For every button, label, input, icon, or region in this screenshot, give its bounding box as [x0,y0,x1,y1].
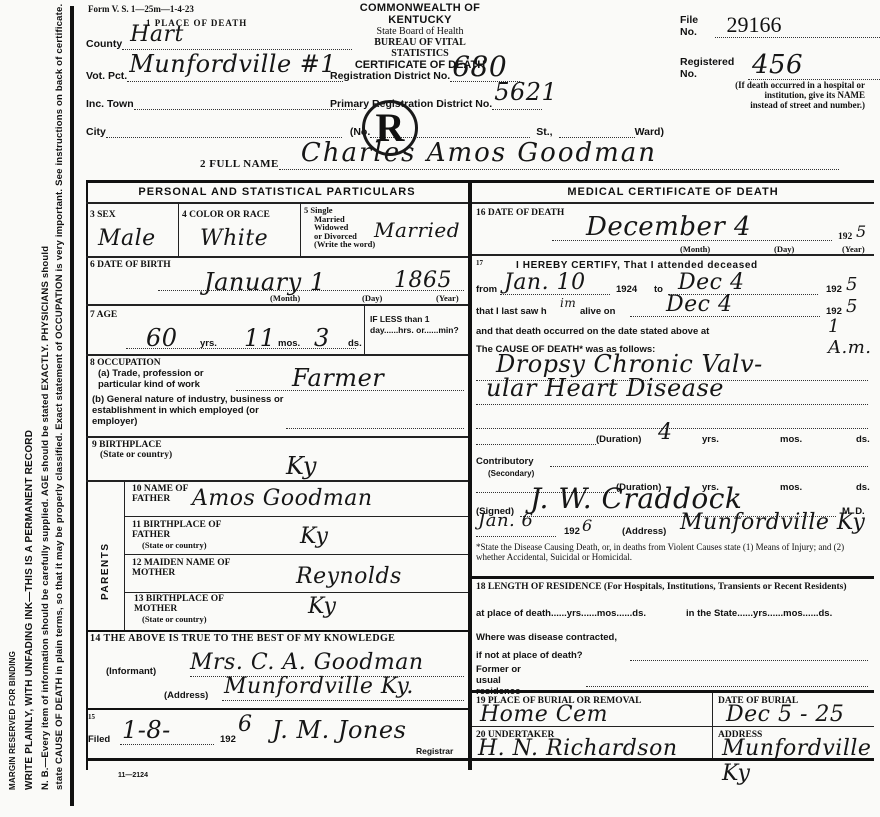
file-no-field: File No. 29166 [680,14,880,38]
in-state-label: in the State......yrs......mos......ds. [686,608,866,619]
personal-section-title: PERSONAL AND STATISTICAL PARTICULARS [86,186,468,198]
death-certificate: MARGIN RESERVED FOR BINDING WRITE PLAINL… [0,0,880,817]
death-time-text: and that death occurred on the date stat… [476,326,709,337]
age-months: 11 [244,324,276,352]
contributory-label: Contributory [476,456,534,467]
registration-stamp: R [362,100,418,156]
signed-year-prefix: 192 [564,526,580,537]
dod-year-suffix: 5 [856,222,867,241]
signed-year-suffix: 6 [582,516,593,535]
file-no-label: File No. [680,14,715,38]
physician-address-label: (Address) [622,526,666,537]
county-label: County [86,38,122,50]
dob-year-label: (Year) [436,293,459,303]
primary-district-value: 5621 [494,78,557,106]
registrar-label: Registrar [416,746,453,757]
undertaker-address-value: Munfordville Ky [722,736,872,786]
contributory-mos-label: mos. [780,482,802,493]
from-year: 1924 [616,284,637,295]
last-saw-suffix: alive on [580,306,615,317]
last-saw-year-suffix: 5 [846,296,858,317]
filed-year-prefix: 192 [220,734,236,745]
burial-date-value: Dec 5 - 25 [726,702,844,727]
residence-label: 18 LENGTH OF RESIDENCE (For Hospitals, I… [476,582,868,592]
age-days: 3 [314,324,330,352]
certify-item-number: 17 [476,258,483,268]
registered-no-value: 456 [752,50,803,80]
from-label: from [476,284,497,295]
secondary-label: (Secondary) [488,468,534,479]
occupation-b-label: (b) General nature of industry, business… [92,394,302,427]
filed-year-suffix: 6 [238,712,253,737]
informant-address-label: (Address) [164,690,208,701]
father-name-value: Amos Goodman [192,486,373,511]
vot-pct-value: Munfordville #1 [129,50,336,78]
dob-day-label: (Day) [362,293,382,303]
occupation-a-label: (a) Trade, profession or particular kind… [98,368,238,390]
ward-label: Ward) [635,126,664,138]
physician-address: Munfordville Ky [680,510,865,535]
attended-from: Jan. 10 [504,270,586,295]
mother-birthplace-value: Ky [308,594,336,619]
margin-instructions: MARGIN RESERVED FOR BINDING WRITE PLAINL… [4,0,66,817]
informant-value: Mrs. C. A. Goodman [190,650,424,675]
vot-pct-field: Vot. Pct. Munfordville #1 [86,68,343,82]
mother-birthplace-label: 13 BIRTHPLACE OF MOTHER [134,594,234,614]
date-of-death-label: 16 DATE OF DEATH [476,208,564,218]
registration-district-field: Registration District No. 680 [330,68,520,82]
form-code: 11—2124 [118,772,148,779]
dod-month-label: (Month) [680,244,710,254]
to-year-suffix: 5 [846,274,858,295]
binding-rule [70,6,74,806]
sex-label: 3 SEX [90,210,116,220]
county-value: Hart [130,22,184,47]
dob-year: 1865 [394,268,452,293]
occupation-label: 8 OCCUPATION [90,358,161,368]
certificate-grid: PERSONAL AND STATISTICAL PARTICULARS 3 S… [86,180,874,770]
last-saw-date: Dec 4 [666,292,732,317]
birthplace-value: Ky [286,452,317,480]
informant-address-value: Munfordville Ky. [224,674,414,699]
sex-value: Male [98,226,156,251]
filed-label: Filed [88,734,110,745]
birthplace-sub-label: (State or country) [100,450,172,460]
inc-town-field: Inc. Town [86,96,356,110]
street-label: St., [536,126,552,138]
cause-line-2: ular Heart Disease [486,374,724,402]
age-ds-label: ds. [348,338,362,349]
not-place-label: if not at place of death? [476,650,583,661]
race-value: White [200,226,268,251]
board-of-health: State Board of Health [345,26,495,37]
hospital-note: (If death occurred in a hospital or inst… [735,80,865,110]
dod-year-prefix: 192 [838,232,852,242]
margin-nb-line2: state CAUSE OF DEATH in plain terms, so … [54,4,65,790]
registration-district-label: Registration District No. [330,70,450,82]
file-no-value: 29166 [727,12,782,38]
full-name-field: 2 FULL NAME Charles Amos Goodman [200,156,839,170]
signed-date: Jan. 6 [478,510,533,531]
dob-label: 6 DATE OF BIRTH [90,260,171,270]
informant-label: (Informant) [106,666,156,677]
primary-district-field: Primary Registration District No. 5621 [330,96,542,110]
to-label: to [654,284,663,295]
mother-birthplace-sub: (State or country) [142,614,207,624]
age-label: 7 AGE [90,310,117,320]
marital-label: 5 Single Married Widowed or Divorced (Wr… [304,206,375,249]
father-birthplace-label: 11 BIRTHPLACE OF FATHER [132,520,232,540]
full-name-value: Charles Amos Goodman [301,138,657,168]
parents-label: PARENTS [100,542,111,600]
duration-ds-label: ds. [856,434,870,445]
mother-name-label: 12 MAIDEN NAME OF MOTHER [132,558,242,578]
age-years: 60 [146,324,178,352]
margin-write-plainly: WRITE PLAINLY, WITH UNFADING INK—THIS IS… [24,430,35,790]
full-name-label: 2 FULL NAME [200,158,279,170]
margin-binding-note: MARGIN RESERVED FOR BINDING [8,651,17,790]
dob-month-label: (Month) [270,293,300,303]
city-label: City [86,126,106,138]
to-year-prefix: 192 [826,284,842,295]
filed-date: 1-8- [122,716,171,744]
marital-status-value: Married [374,218,460,242]
cause-footnote: *State the Disease Causing Death, or, in… [476,542,868,562]
vot-pct-label: Vot. Pct. [86,70,127,82]
registered-no-field: Registered No. 456 [680,56,880,80]
less-than-day-note: IF LESS than 1 day......hrs. or......min… [370,314,466,336]
age-mos-label: mos. [278,338,300,349]
registrar-signature: J. M. Jones [272,716,406,744]
last-saw-pronoun: im [560,296,576,310]
burial-place-value: Home Cem [480,702,608,727]
dod-year-label: (Year) [842,244,865,254]
registered-no-label: Registered No. [680,56,748,80]
last-saw-prefix: that I last saw h [476,306,547,317]
informant-header: 14 THE ABOVE IS TRUE TO THE BEST OF MY K… [90,634,395,644]
form-id: Form V. S. 1—25m—1-4-23 [88,4,194,14]
at-place-label: at place of death......yrs......mos.....… [476,608,646,619]
filed-item-number: 15 [88,712,95,722]
mother-name-value: Reynolds [296,564,402,589]
age-yrs-label: yrs. [200,338,217,349]
occupation-value: Farmer [292,364,384,392]
inc-town-label: Inc. Town [86,98,134,110]
duration-yrs-label: yrs. [702,434,719,445]
dob-month-day: January 1 [204,268,326,296]
duration-years: 4 [658,420,673,445]
duration-label: (Duration) [596,434,641,445]
medical-section-title: MEDICAL CERTIFICATE OF DEATH [472,186,874,198]
contracted-label: Where was disease contracted, [476,632,617,643]
commonwealth-title: COMMONWEALTH OF KENTUCKY [345,2,495,26]
date-of-death-month-day: December 4 [586,212,751,242]
duration-mos-label: mos. [780,434,802,445]
contributory-ds-label: ds. [856,482,870,493]
dod-day-label: (Day) [774,244,794,254]
county-field: County Hart [86,36,352,50]
father-birthplace-value: Ky [300,524,328,549]
race-label: 4 COLOR OR RACE [182,210,270,220]
father-birthplace-sub: (State or country) [142,540,207,550]
primary-district-label: Primary Registration District No. [330,98,492,110]
death-time: 1 A.m. [828,316,874,358]
birthplace-label: 9 BIRTHPLACE [92,440,162,450]
margin-nb-line1: N. B.—Every item of information should b… [40,246,51,790]
